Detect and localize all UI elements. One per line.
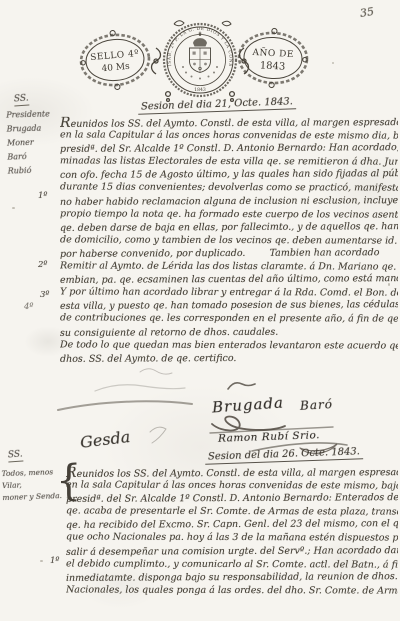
session1-body: Reunidos los SS. del Aymto. Constl. de e… — [60, 116, 398, 365]
signature-baro: Baró — [300, 397, 334, 413]
attendee-name: Brugada — [6, 121, 50, 136]
ink-speck — [388, 283, 390, 286]
royal-seal-circle: ISAB. 2ª P. LA G. DE DIOS Y LA CONST. RE… — [52, 12, 236, 96]
stamp-year-text: 1843 — [260, 60, 286, 72]
long-flourish-stroke — [58, 401, 192, 410]
manuscript-page: 35 SELLO 4º 40 Ms AÑO DE 1843 — [0, 0, 400, 621]
stamp-maravedis-text: 40 Ms — [101, 62, 130, 74]
body-line: inmediatamte. disponga bajo su responsab… — [66, 570, 398, 585]
body-line: salir á desempeñar una comision urgte. d… — [66, 544, 398, 559]
margin-item-number: 2º — [38, 260, 47, 270]
seal-rim-year: 1843 — [194, 87, 206, 93]
ink-scribble — [228, 383, 255, 389]
faint-scribble — [140, 369, 172, 374]
session1-margin-label: SS. — [14, 94, 30, 107]
body-line: el debido cumplimto., y comunicarlo al S… — [66, 557, 398, 571]
revenue-stamp: SELLO 4º 40 Ms AÑO DE 1843 ISAB. 2ª P. L… — [52, 12, 352, 104]
shield-icon — [190, 48, 211, 73]
crown-icon — [193, 32, 207, 47]
body-line: durante 15 dias convenientes; devolverla… — [60, 181, 398, 195]
faint-scribble — [150, 427, 166, 443]
margin-item-number: 1º — [50, 556, 59, 566]
ink-speck — [12, 207, 15, 209]
attendee-name: Moner — [7, 135, 51, 150]
attendee-name: Rubió — [8, 163, 52, 178]
margin-item-number: 3º — [40, 290, 49, 300]
session2-margin-label: SS. — [8, 450, 24, 463]
attendee-name: Presidente — [6, 107, 50, 122]
ink-speck — [368, 497, 370, 499]
body-line: que ocho Nacionales pa. hoy á las 3 de l… — [66, 531, 398, 545]
brugada-rubric — [212, 416, 285, 430]
stamp-ano-de-text: AÑO DE — [251, 46, 294, 60]
attendee-name: Baró — [7, 149, 51, 164]
ink-speck — [332, 62, 334, 64]
session2-body: Reunidos los SS. del Aymto. Constl. de e… — [66, 466, 398, 597]
page-number: 35 — [359, 5, 375, 20]
body-line: de domicilio, como y tambien de los veci… — [60, 233, 398, 247]
ink-speck — [40, 560, 43, 562]
faint-scribble — [95, 385, 185, 391]
margin-item-number: 4º — [24, 302, 33, 312]
body-line: su consiguiente al retorno de dhos. caud… — [60, 325, 398, 340]
session1-attendee-list: Presidente Brugada Moner Baró Rubió — [6, 107, 51, 178]
stamp-sello-text: SELLO 4º — [90, 49, 140, 63]
body-line: Nacionales, los quales ponga á las ordes… — [66, 583, 398, 597]
seal-rim-text: ISAB. 2ª P. LA G. DE DIOS Y LA CONST. RE… — [52, 12, 234, 67]
body-line: propio tiempo la nota qe. ha formado est… — [60, 207, 398, 221]
body-line: qe. deben darse de baja en ellas, por fa… — [60, 220, 398, 235]
body-line: de contribuciones qe. les corresponden e… — [60, 312, 398, 326]
margin-item-number: 1º — [38, 191, 47, 201]
body-line: no haber habido reclamacion alguna de in… — [60, 194, 398, 209]
